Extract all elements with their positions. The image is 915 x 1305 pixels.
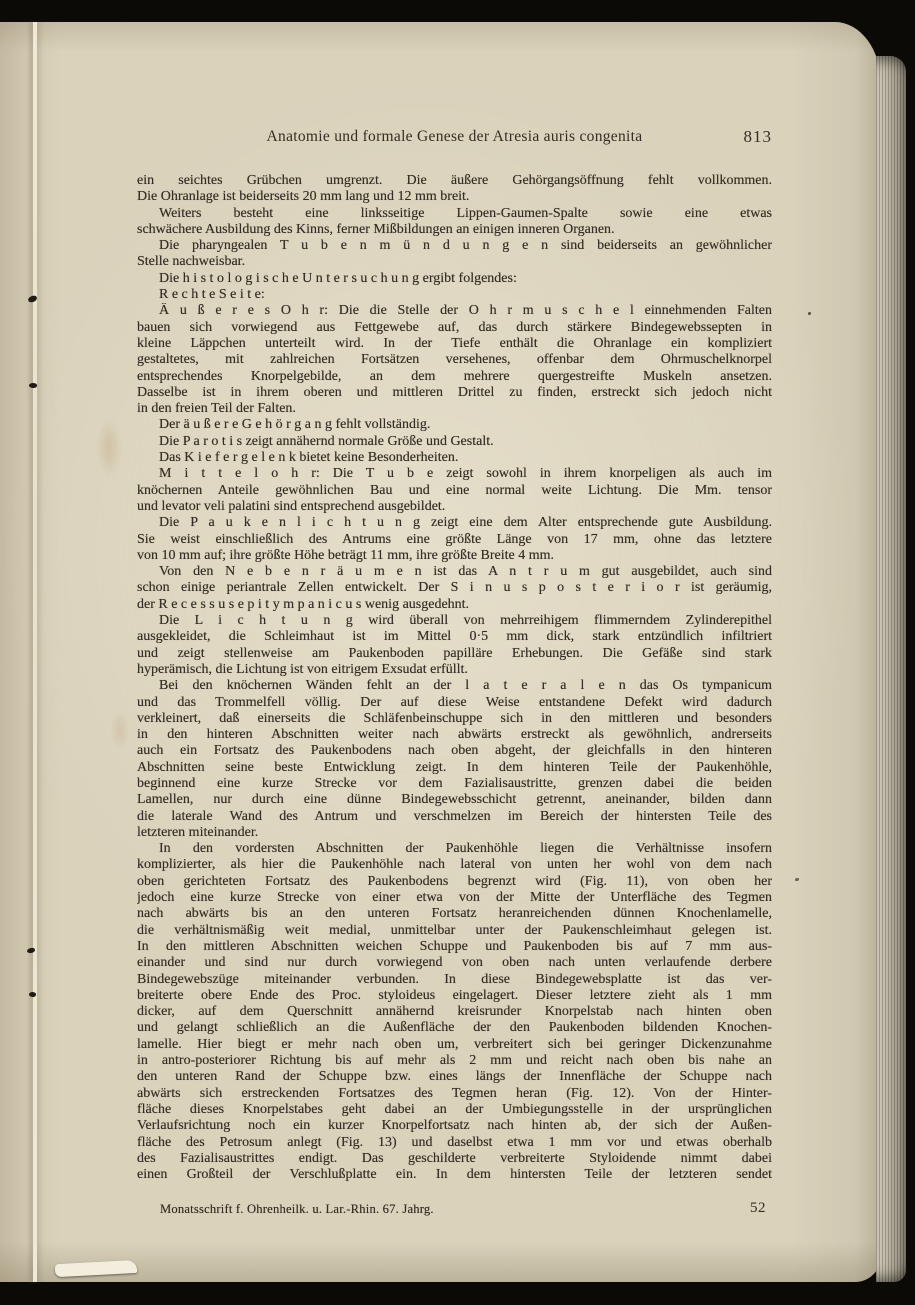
- text-line: Stelle nachweisbar.: [137, 254, 772, 270]
- text-line: auch ein Fortsatz des Paukenbodens nach …: [137, 743, 772, 759]
- text-line: schwächere Ausbildung des Kinns, ferner …: [137, 222, 772, 238]
- scanned-page: Anatomie und formale Genese der Atresia …: [0, 0, 915, 1305]
- text-line: Die Ohranlage ist beiderseits 20 mm lang…: [137, 189, 772, 205]
- text-line: einander und sind nur durch vorwiegend v…: [137, 955, 772, 971]
- text-line: bauen sich vorwiegend aus Fettgewebe auf…: [137, 320, 772, 336]
- text-line: Weiters besteht eine linksseitige Lippen…: [137, 206, 772, 222]
- text-line: Verlaufsrichtung noch ein kurzer Knorpel…: [137, 1118, 772, 1134]
- signature-number: 52: [750, 1200, 766, 1217]
- running-title: Anatomie und formale Genese der Atresia …: [137, 128, 772, 146]
- text-line: beginnend eine kurze Strecke vor dem Faz…: [137, 776, 772, 792]
- text-line: ausgekleidet, die Schleimhaut ist im Mit…: [137, 629, 772, 645]
- text-line: abwärts sich erstreckenden Fortsatzes de…: [137, 1086, 772, 1102]
- text-line: In den vordersten Abschnitten der Pauken…: [137, 841, 772, 857]
- stain: [96, 418, 122, 478]
- text-line: die verhältnismäßig weit medial, unmitte…: [137, 923, 772, 939]
- text-line: in antro-posteriorer Richtung bis auf me…: [137, 1053, 772, 1069]
- text-line: in den hinteren Abschnitten weiter nach …: [137, 727, 772, 743]
- text-line: Der ä u ß e r e G e h ö r g a n g fehlt …: [137, 417, 772, 433]
- text-line: Von den N e b e n r ä u m e n ist das A …: [137, 564, 772, 580]
- text-line: breiterte obere Ende des Proc. styloideu…: [137, 988, 772, 1004]
- text-block: ein seichtes Grübchen umgrenzt. Die äuße…: [137, 173, 772, 1183]
- text-line: fläche des Petrosum anlegt (Fig. 13) und…: [137, 1135, 772, 1151]
- text-line: Die h i s t o l o g i s c h e U n t e r …: [137, 271, 772, 287]
- page-edge-stack: [876, 56, 906, 1282]
- page-number: 813: [744, 127, 773, 147]
- text-line: Abschnitten seine beste Entwicklung zeig…: [137, 760, 772, 776]
- text-line: des Fazialisaustrittes endigt. Das gesch…: [137, 1151, 772, 1167]
- text-line: in den freien Teil der Falten.: [137, 401, 772, 417]
- page-header: Anatomie und formale Genese der Atresia …: [137, 128, 772, 150]
- text-line: lamelle. Hier biegt er mehr nach oben um…: [137, 1037, 772, 1053]
- text-line: Bei den knöchernen Wänden fehlt an der l…: [137, 678, 772, 694]
- text-line: komplizierter, als hier die Paukenhöhle …: [137, 857, 772, 873]
- text-line: fläche dieses Knorpelstabes geht dabei a…: [137, 1102, 772, 1118]
- text-line: verkleinert, daß einerseits die Schläfen…: [137, 711, 772, 727]
- text-line: den unteren Rand der Schuppe bzw. eines …: [137, 1069, 772, 1085]
- text-line: die laterale Wand des Antrum und verschm…: [137, 809, 772, 825]
- text-line: hyperämisch, die Lichtung ist von eitrig…: [137, 662, 772, 678]
- text-line: dicker, auf dem Querschnitt annähernd kr…: [137, 1004, 772, 1020]
- gutter-crease: [33, 22, 37, 1282]
- text-line: In den mittleren Abschnitten weichen Sch…: [137, 939, 772, 955]
- text-line: M i t t e l o h r: Die T u b e zeigt sow…: [137, 466, 772, 482]
- text-line: Dasselbe ist in ihrem oberen und mittler…: [137, 385, 772, 401]
- stain: [110, 710, 130, 750]
- text-line: letzteren miteinander.: [137, 825, 772, 841]
- text-line: entsprechendes Knorpelgebilde, an dem me…: [137, 369, 772, 385]
- page-surface: Anatomie und formale Genese der Atresia …: [0, 22, 881, 1282]
- text-line: nach abwärts bis an den unteren Fortsatz…: [137, 906, 772, 922]
- text-line: oben gerichteten Fortsatz des Paukenbode…: [137, 874, 772, 890]
- text-line: ein seichtes Grübchen umgrenzt. Die äuße…: [137, 173, 772, 189]
- text-line: kleine Läppchen unterteilt wird. In der …: [137, 336, 772, 352]
- text-line: Sie weist einschließlich des Antrums ein…: [137, 532, 772, 548]
- page-footer: Monatsschrift f. Ohrenheilk. u. Lar.-Rhi…: [137, 1200, 772, 1218]
- text-line: Die P a u k e n l i c h t u n g zeigt ei…: [137, 515, 772, 531]
- text-line: und levator veli palatini sind entsprech…: [137, 499, 772, 515]
- text-line: einen Großteil der Verschlußplatte ein. …: [137, 1167, 772, 1183]
- text-line: von 10 mm auf; ihre größte Höhe beträgt …: [137, 548, 772, 564]
- text-line: Ä u ß e r e s O h r: Die die Stelle der …: [137, 303, 772, 319]
- text-line: Die L i c h t u n g wird überall von meh…: [137, 613, 772, 629]
- journal-citation: Monatsschrift f. Ohrenheilk. u. Lar.-Rhi…: [160, 1202, 434, 1217]
- text-line: gestaltetes, mit zahlreichen Fortsätzen …: [137, 352, 772, 368]
- text-line: jedoch eine kurze Strecke von einer etwa…: [137, 890, 772, 906]
- text-line: Lamellen, nur durch eine dünne Bindegewe…: [137, 792, 772, 808]
- text-line: und zeigt stellenweise am Paukenboden pa…: [137, 646, 772, 662]
- text-line: knöchernen Anteile gewöhnlichen Bau und …: [137, 483, 772, 499]
- text-line: Das K i e f e r g e l e n k bietet keine…: [137, 450, 772, 466]
- text-line: und das Trommelfell völlig. Der auf dies…: [137, 695, 772, 711]
- text-line: und gelangt schließlich an die Außenfläc…: [137, 1020, 772, 1036]
- text-line: schon einige periantrale Zellen entwicke…: [137, 580, 772, 596]
- text-line: R e c h t e S e i t e:: [137, 287, 772, 303]
- text-line: der R e c e s s u s e p i t y m p a n i …: [137, 597, 772, 613]
- text-line: Die pharyngealen T u b e n m ü n d u n g…: [137, 238, 772, 254]
- text-line: Die P a r o t i s zeigt annähernd normal…: [137, 434, 772, 450]
- text-line: Bindegewebszüge miteinander verbunden. I…: [137, 972, 772, 988]
